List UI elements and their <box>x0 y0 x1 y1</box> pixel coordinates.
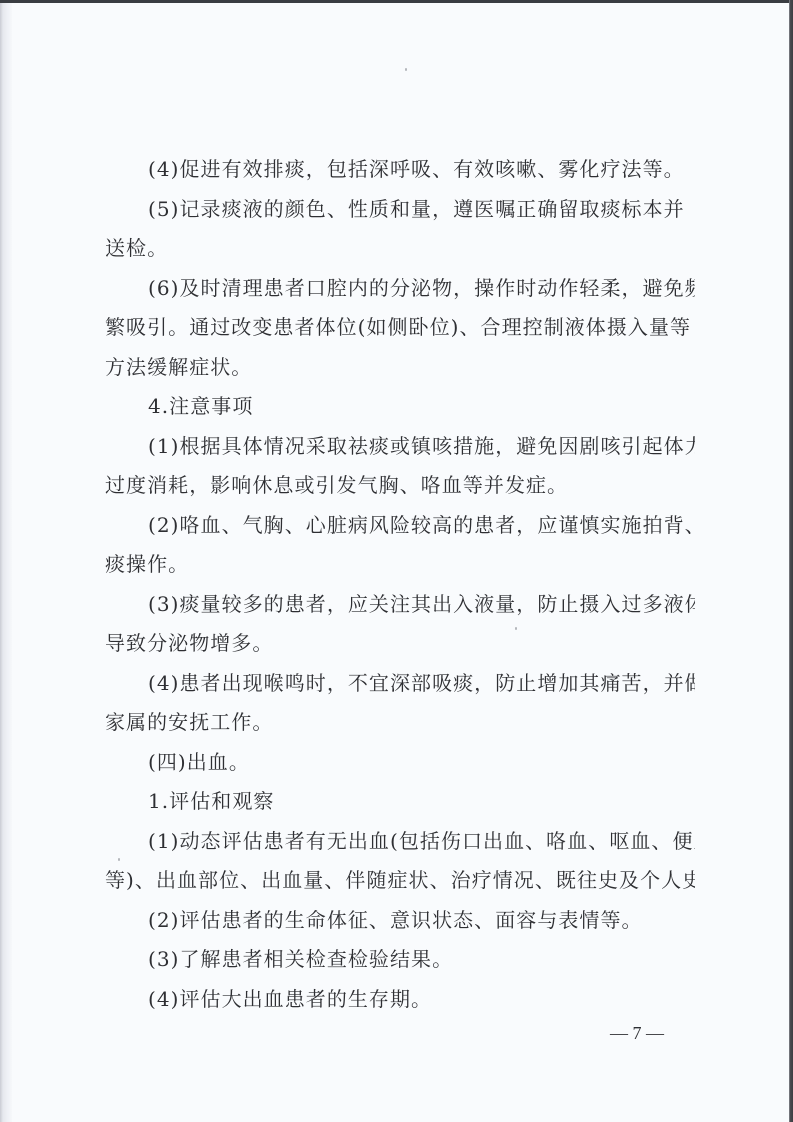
paragraph-line: (2)咯血、气胸、心脏病风险较高的患者，应谨慎实施拍背、吸 <box>105 506 695 546</box>
paragraph-line: (5)记录痰液的颜色、性质和量，遵医嘱正确留取痰标本并 <box>105 190 695 230</box>
section-heading: (四)出血。 <box>105 743 695 783</box>
paragraph-line: 方法缓解症状。 <box>105 348 695 388</box>
paragraph-line: 痰操作。 <box>105 545 695 585</box>
paragraph-line: (4)患者出现喉鸣时，不宜深部吸痰，防止增加其痛苦，并做好 <box>105 664 695 704</box>
section-heading: 1.评估和观察 <box>105 782 695 822</box>
section-heading: 4.注意事项 <box>105 387 695 427</box>
paragraph-line: (3)了解患者相关检查检验结果。 <box>105 940 695 980</box>
paragraph-line: 过度消耗，影响休息或引发气胸、咯血等并发症。 <box>105 466 695 506</box>
paragraph-line: (1)根据具体情况采取祛痰或镇咳措施，避免因剧咳引起体力 <box>105 427 695 467</box>
scan-speck <box>405 68 407 71</box>
paragraph-line: (2)评估患者的生命体征、意识状态、面容与表情等。 <box>105 901 695 941</box>
paragraph-line: (3)痰量较多的患者，应关注其出入液量，防止摄入过多液体 <box>105 585 695 625</box>
paragraph-line: (1)动态评估患者有无出血(包括伤口出血、咯血、呕血、便血 <box>105 822 695 862</box>
paragraph-line: (6)及时清理患者口腔内的分泌物，操作时动作轻柔，避免频 <box>105 269 695 309</box>
paragraph-line: (4)促进有效排痰，包括深呼吸、有效咳嗽、雾化疗法等。 <box>105 150 695 190</box>
paragraph-line: 家属的安抚工作。 <box>105 703 695 743</box>
paragraph-line: 送检。 <box>105 229 695 269</box>
body-text: (4)促进有效排痰，包括深呼吸、有效咳嗽、雾化疗法等。 (5)记录痰液的颜色、性… <box>105 150 695 1019</box>
page-number: — 7 — <box>597 1020 677 1046</box>
paragraph-line: (4)评估大出血患者的生存期。 <box>105 980 695 1020</box>
paragraph-line: 繁吸引。通过改变患者体位(如侧卧位)、合理控制液体摄入量等 <box>105 308 695 348</box>
paragraph-line: 导致分泌物增多。 <box>105 624 695 664</box>
document-page: (4)促进有效排痰，包括深呼吸、有效咳嗽、雾化疗法等。 (5)记录痰液的颜色、性… <box>0 0 793 1122</box>
paragraph-line: 等)、出血部位、出血量、伴随症状、治疗情况、既往史及个人史等。 <box>105 861 695 901</box>
